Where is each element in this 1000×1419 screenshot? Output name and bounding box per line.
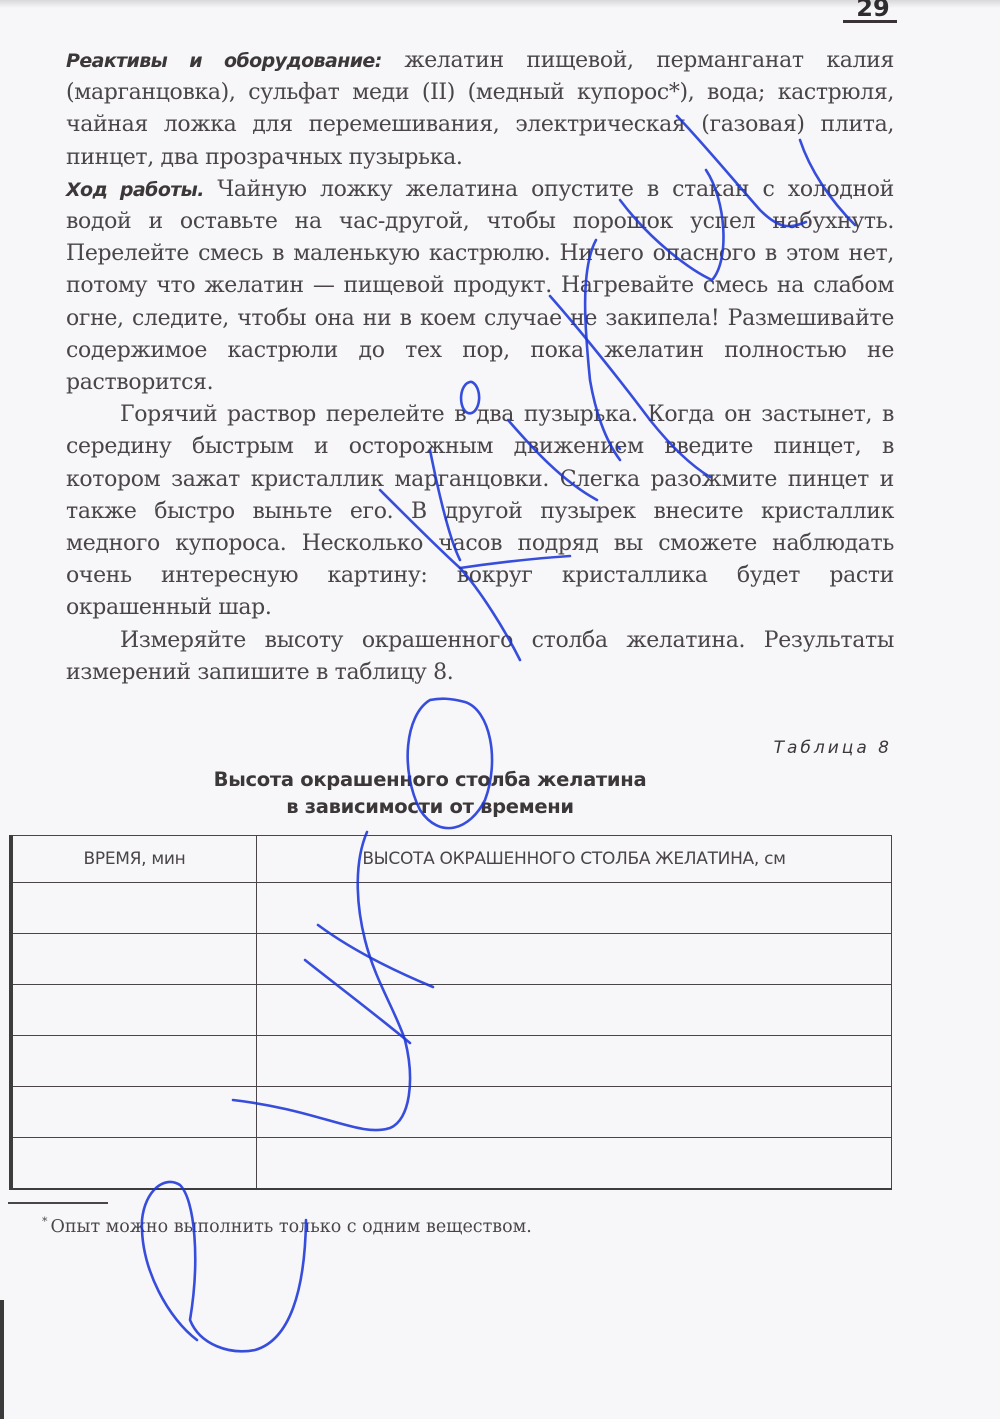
reagents-label: Реактивы и оборудование: (66, 50, 382, 72)
table-row (11, 883, 892, 934)
procedure-label: Ход работы. (66, 179, 204, 201)
table-title-line-1: Высота окрашенного столба желатина (150, 766, 710, 793)
cell-time[interactable] (11, 1036, 257, 1087)
table-row (11, 1087, 892, 1138)
cell-height[interactable] (257, 1138, 892, 1190)
cell-time[interactable] (11, 1087, 257, 1138)
table-header-row: ВРЕМЯ, мин ВЫСОТА ОКРАШЕННОГО СТОЛБА ЖЕЛ… (11, 836, 892, 883)
cell-height[interactable] (257, 1036, 892, 1087)
paragraph-2: Горячий раствор перелейте в два пузырька… (66, 399, 894, 624)
cell-height[interactable] (257, 934, 892, 985)
cell-time[interactable] (11, 985, 257, 1036)
paragraph-3: Измеряйте высоту окрашенного столба жела… (66, 625, 894, 689)
cell-height[interactable] (257, 883, 892, 934)
table-row (11, 985, 892, 1036)
reagents-paragraph: Реактивы и оборудование: желатин пищевой… (66, 45, 894, 174)
procedure-text: Чайную ложку желатина опустите в стакан … (66, 177, 894, 395)
page-number-underline (843, 20, 897, 23)
table-row (11, 934, 892, 985)
binding-edge (0, 1300, 4, 1419)
body-text: Реактивы и оборудование: желатин пищевой… (66, 45, 894, 689)
cell-time[interactable] (11, 934, 257, 985)
footnote-divider (8, 1202, 108, 1204)
cell-height[interactable] (257, 1087, 892, 1138)
header-height: ВЫСОТА ОКРАШЕННОГО СТОЛБА ЖЕЛАТИНА, см (257, 836, 892, 883)
cell-time[interactable] (11, 1138, 257, 1190)
footnote: *Опыт можно выполнить только с одним вещ… (42, 1215, 532, 1237)
footnote-text: Опыт можно выполнить только с одним веще… (51, 1217, 532, 1237)
table-row (11, 1036, 892, 1087)
procedure-paragraph: Ход работы. Чайную ложку желатина опусти… (66, 174, 894, 399)
table-row (11, 1138, 892, 1190)
table-caption: Таблица 8 (700, 738, 892, 758)
cell-height[interactable] (257, 985, 892, 1036)
table-title: Высота окрашенного столба желатина в зав… (150, 766, 710, 820)
cell-time[interactable] (11, 883, 257, 934)
header-time: ВРЕМЯ, мин (11, 836, 257, 883)
ink-stroke (142, 1182, 306, 1351)
table-title-line-2: в зависимости от времени (150, 793, 710, 820)
page-number: 29 (848, 0, 898, 22)
measurement-table: ВРЕМЯ, мин ВЫСОТА ОКРАШЕННОГО СТОЛБА ЖЕЛ… (9, 835, 892, 1190)
footnote-marker: * (42, 1215, 48, 1228)
